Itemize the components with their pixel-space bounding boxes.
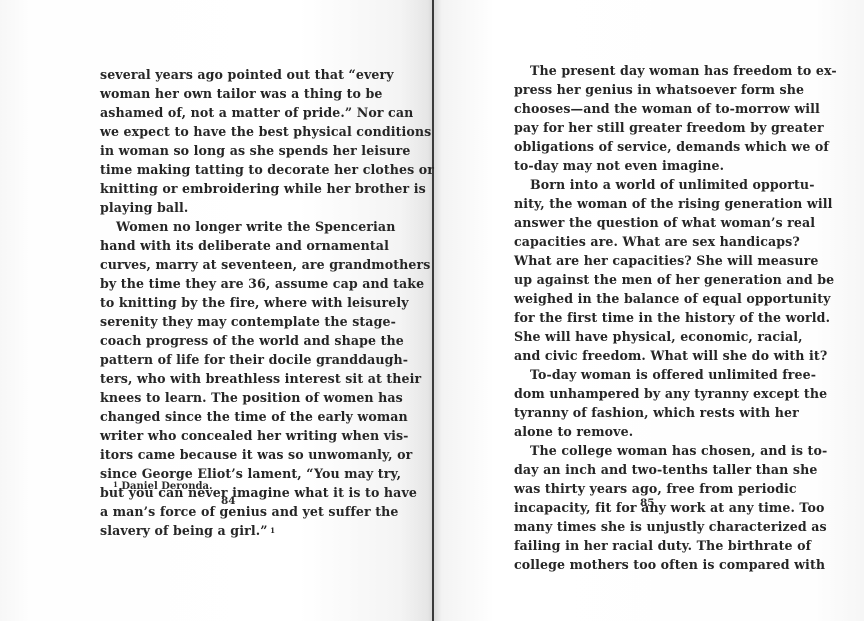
text-line: alone to remove. [514, 422, 770, 441]
text-line-content: to knitting by the fire, where with leis… [100, 295, 409, 310]
text-line-content: ters, who with breathless interest sit a… [100, 371, 421, 386]
text-line: coach progress of the world and shape th… [100, 331, 352, 350]
right-page-number: 85 [640, 497, 655, 509]
text-line-content: pattern of life for their docile grandda… [100, 352, 408, 367]
text-line-content: to-day may not even imagine. [514, 158, 724, 173]
text-line: She will have physical, economic, racial… [514, 327, 770, 346]
text-line: failing in her racial duty. The birthrat… [514, 536, 770, 555]
text-line-content: since George Eliot’s lament, “You may tr… [100, 466, 401, 481]
text-line: curves, marry at seventeen, are grandmot… [100, 255, 352, 274]
text-line-content: The college woman has chosen, and is to- [530, 443, 827, 458]
left-page-number: 84 [221, 495, 236, 507]
text-line-content: many times she is unjustly characterized… [514, 519, 827, 534]
text-line-content: a man’s force of genius and yet suffer t… [100, 504, 399, 519]
text-line-content: What are her capacities? She will measur… [514, 253, 818, 268]
text-line-content: alone to remove. [514, 424, 633, 439]
text-line: pay for her still greater freedom by gre… [514, 118, 770, 137]
text-line-content: hand with its deliberate and ornamental [100, 238, 389, 253]
text-line: ters, who with breathless interest sit a… [100, 369, 352, 388]
text-line: press her genius in whatsoever form she [514, 80, 770, 99]
text-line-content: playing ball. [100, 200, 188, 215]
text-line-content: serenity they may contemplate the stage- [100, 314, 396, 329]
footnote-reference: 1 [268, 526, 276, 535]
text-line: knees to learn. The position of women ha… [100, 388, 352, 407]
text-line-content: To-day woman is offered unlimited free- [530, 367, 816, 382]
text-line: serenity they may contemplate the stage- [100, 312, 352, 331]
text-line-content: press her genius in whatsoever form she [514, 82, 804, 97]
text-line: many times she is unjustly characterized… [514, 517, 770, 536]
text-line-content: for the first time in the history of the… [514, 310, 830, 325]
text-line-content: college mothers too often is compared wi… [514, 557, 825, 572]
text-line-content: we expect to have the best physical cond… [100, 124, 431, 139]
text-line-content: was thirty years ago, free from periodic [514, 481, 797, 496]
text-line-content: writer who concealed her writing when vi… [100, 428, 409, 443]
text-line: was thirty years ago, free from periodic [514, 479, 770, 498]
text-line: itors came because it was so unwomanly, … [100, 445, 352, 464]
text-line-content: up against the men of her generation and… [514, 272, 834, 287]
text-line-content: weighed in the balance of equal opportun… [514, 291, 831, 306]
text-line: time making tatting to decorate her clot… [100, 160, 352, 179]
text-line: To-day woman is offered unlimited free- [514, 365, 770, 384]
text-line-content: day an inch and two-tenths taller than s… [514, 462, 817, 477]
text-line-content: slavery of being a girl.” [100, 523, 268, 538]
text-line-content: failing in her racial duty. The birthrat… [514, 538, 811, 553]
text-line: Women no longer write the Spencerian [100, 217, 352, 236]
text-line: in woman so long as she spends her leisu… [100, 141, 352, 160]
text-line-content: ashamed of, not a matter of pride.” Nor … [100, 105, 413, 120]
text-line-content: woman her own tailor was a thing to be [100, 86, 383, 101]
text-line: hand with its deliberate and ornamental [100, 236, 352, 255]
text-line-content: The present day woman has freedom to ex- [530, 63, 837, 78]
text-line: for the first time in the history of the… [514, 308, 770, 327]
text-line-content: Women no longer write the Spencerian [116, 219, 395, 234]
text-line-content: knitting or embroidering while her broth… [100, 181, 426, 196]
text-line: day an inch and two-tenths taller than s… [514, 460, 770, 479]
text-line-content: incapacity, fit for any work at any time… [514, 500, 824, 515]
text-line: knitting or embroidering while her broth… [100, 179, 352, 198]
text-line-content: capacities are. What are sex handicaps? [514, 234, 800, 249]
text-line-content: several years ago pointed out that “ever… [100, 67, 394, 82]
text-line-content: in woman so long as she spends her leisu… [100, 143, 410, 158]
text-line: answer the question of what woman’s real [514, 213, 770, 232]
text-line: up against the men of her generation and… [514, 270, 770, 289]
text-line: obligations of service, demands which we… [514, 137, 770, 156]
text-line: playing ball. [100, 198, 352, 217]
text-line-content: nity, the woman of the rising generation… [514, 196, 833, 211]
text-line: writer who concealed her writing when vi… [100, 426, 352, 445]
text-line: we expect to have the best physical cond… [100, 122, 352, 141]
footnote-text: Daniel Deronda. [121, 481, 212, 492]
text-line-content: tyranny of fashion, which rests with her [514, 405, 799, 420]
text-line: nity, the woman of the rising generation… [514, 194, 770, 213]
text-line: by the time they are 36, assume cap and … [100, 274, 352, 293]
text-line: slavery of being a girl.” 1 [100, 521, 352, 540]
text-line: The college woman has chosen, and is to- [514, 441, 770, 460]
text-line: What are her capacities? She will measur… [514, 251, 770, 270]
footnote-marker: 1 [113, 480, 118, 489]
text-line-content: knees to learn. The position of women ha… [100, 390, 403, 405]
text-line-content: coach progress of the world and shape th… [100, 333, 404, 348]
text-line: The present day woman has freedom to ex- [514, 61, 770, 80]
text-line: to-day may not even imagine. [514, 156, 770, 175]
text-line-content: by the time they are 36, assume cap and … [100, 276, 424, 291]
left-page-footnote: 1 Daniel Deronda. [113, 480, 212, 492]
text-line-content: time making tatting to decorate her clot… [100, 162, 434, 177]
text-line: college mothers too often is compared wi… [514, 555, 770, 574]
left-page-body-text: several years ago pointed out that “ever… [100, 65, 352, 540]
text-line-content: curves, marry at seventeen, are grandmot… [100, 257, 430, 272]
text-line-content: and civic freedom. What will she do with… [514, 348, 827, 363]
text-line: weighed in the balance of equal opportun… [514, 289, 770, 308]
text-line: woman her own tailor was a thing to be [100, 84, 352, 103]
text-line: tyranny of fashion, which rests with her [514, 403, 770, 422]
text-line: Born into a world of unlimited opportu- [514, 175, 770, 194]
text-line-content: Born into a world of unlimited opportu- [530, 177, 815, 192]
text-line: and civic freedom. What will she do with… [514, 346, 770, 365]
text-line: to knitting by the fire, where with leis… [100, 293, 352, 312]
text-line-content: chooses—and the woman of to-morrow will [514, 101, 820, 116]
text-line: capacities are. What are sex handicaps? [514, 232, 770, 251]
text-line: chooses—and the woman of to-morrow will [514, 99, 770, 118]
text-line-content: She will have physical, economic, racial… [514, 329, 803, 344]
book-spread: several years ago pointed out that “ever… [0, 0, 864, 621]
text-line-content: pay for her still greater freedom by gre… [514, 120, 824, 135]
text-line-content: answer the question of what woman’s real [514, 215, 815, 230]
text-line: ashamed of, not a matter of pride.” Nor … [100, 103, 352, 122]
text-line: several years ago pointed out that “ever… [100, 65, 352, 84]
text-line-content: changed since the time of the early woma… [100, 409, 408, 424]
text-line-content: obligations of service, demands which we… [514, 139, 829, 154]
text-line: changed since the time of the early woma… [100, 407, 352, 426]
book-spine-gutter [432, 0, 434, 621]
text-line-content: dom unhampered by any tyranny except the [514, 386, 827, 401]
text-line: dom unhampered by any tyranny except the [514, 384, 770, 403]
text-line: pattern of life for their docile grandda… [100, 350, 352, 369]
text-line-content: itors came because it was so unwomanly, … [100, 447, 412, 462]
